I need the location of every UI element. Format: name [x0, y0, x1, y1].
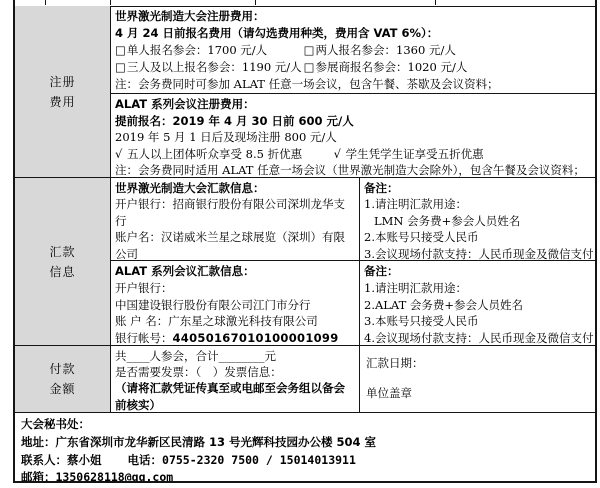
secretariat-title: 大会秘书处： — [21, 416, 591, 433]
section-title: ALAT 系列会议注册费用： — [115, 96, 591, 113]
fee-deadline-note: 4 月 24 日前报名费用（请勾选费用种类，费用含 VAT 6%）： — [115, 25, 591, 42]
bank-line: 开户银行：招商银行股份有限公司深圳龙华支行 — [115, 196, 355, 229]
cell-world-remittance-notes: 备注： 1.请注明汇款用途： LMN 会务费+参会人员姓名 2.本账号只接受人民… — [360, 178, 595, 261]
note-item: 1.请注明汇款用途： — [364, 280, 591, 297]
discount-label: 学生凭学生证享受五折优惠 — [346, 147, 484, 161]
note-item: 3.会议现场付款支持：人民币现金及微信支付 — [364, 246, 591, 261]
invoice-needed-blank: 是否需要发票：（ ）发票信息： — [115, 364, 355, 380]
cell-world-remittance: 世界激光制造大会汇款信息： 开户银行：招商银行股份有限公司深圳龙华支行 账户名：… — [111, 178, 360, 261]
account-number-label: 银行帐号： — [115, 331, 173, 345]
account-name-line: 账 户 名：广东星之球激光科技有限公司 — [115, 313, 355, 330]
fee-note: 注：会务费同时可参加 ALAT 任意一场会议，包含午餐、茶歇及会议资料； — [115, 76, 591, 93]
row-header-remittance-info: 汇款 信息 — [15, 178, 111, 346]
fee-note: 注：会务费同时适用 ALAT 任意一场会议（世界激光制造大会除外），包含午餐及会… — [115, 162, 591, 178]
header-label: 信息 — [49, 262, 75, 282]
fee-option-label: 参展商报名参会：1020 元/人 — [316, 60, 468, 74]
checkbox-icon[interactable]: □ — [115, 59, 126, 76]
check-icon: √ — [115, 146, 122, 163]
bank-account-number: 44050167010100001099 — [173, 331, 339, 345]
fee-option-label: 单人报名参会：1700 元/人 — [127, 43, 267, 57]
cell-divider — [435, 0, 436, 5]
fee-option: □单人报名参会：1700 元/人 — [115, 42, 300, 59]
bank-line: 中国建设银行股份有限公司江门市分行 — [115, 297, 355, 314]
discount-label: 五人以上团体听众享受 8.5 折优惠 — [127, 147, 302, 161]
fee-option: □参展商报名参会：1020 元/人 — [304, 60, 468, 74]
check-icon: √ — [334, 146, 341, 163]
cell-world-congress-fees: 世界激光制造大会注册费用： 4 月 24 日前报名费用（请勾选费用种类，费用含 … — [111, 6, 595, 94]
fee-option: □两人报名参会：1360 元/人 — [304, 43, 456, 57]
note-item: 4.会议现场付款支持：人民币现金及微信支付 — [364, 330, 591, 346]
note-item: 1.请注明汇款用途： — [364, 196, 591, 212]
cell-divider — [255, 0, 256, 5]
cell-alat-remittance-notes: 备注： 1.请注明汇款用途： 2.ALAT 会务费+参会人员姓名 3.本账号只接… — [360, 261, 595, 346]
secretariat-contact-line: 联系人：蔡小姐 电话：0755-2320 7500 / 15014013911 — [21, 452, 591, 469]
fee-option: □三人及以上报名参会：1190 元/人 — [115, 59, 300, 76]
early-fee: 提前报名：2019 年 4 月 30 日前 600 元/人 — [115, 113, 591, 130]
attendee-count-blank: 共____人参会，合计________元 — [115, 348, 355, 364]
fee-option-line: □单人报名参会：1700 元/人 □两人报名参会：1360 元/人 — [115, 42, 591, 59]
row-header-payment-amount: 付款 金额 — [15, 346, 111, 413]
secretariat-section: 大会秘书处： 地址：广东省深圳市龙华新区民清路 13 号光辉科技园办公楼 504… — [15, 413, 595, 481]
discount-item: √ 学生凭学生证享受五折优惠 — [334, 147, 484, 161]
account-name-line: 账户名：汉诺威米兰星之球展览（深圳）有限公司 — [115, 229, 355, 261]
cell-divider — [45, 0, 46, 5]
note-item: LMN 会务费+参会人员姓名 — [364, 213, 591, 229]
document-page: 注册 费用 汇款 信息 付款 金额 世界激光制造大会注册费用： 4 月 24 日… — [0, 0, 600, 488]
cell-alat-fees: ALAT 系列会议注册费用： 提前报名：2019 年 4 月 30 日前 600… — [111, 94, 595, 178]
registration-form-table: 注册 费用 汇款 信息 付款 金额 世界激光制造大会注册费用： 4 月 24 日… — [13, 0, 597, 483]
note-item: 2.ALAT 会务费+参会人员姓名 — [364, 297, 591, 314]
note-item: 2.本账号只接受人民币 — [364, 229, 591, 245]
note-item: 3.本账号只接受人民币 — [364, 313, 591, 330]
section-title: 世界激光制造大会汇款信息： — [115, 180, 355, 196]
fax-instruction: （请将汇款凭证传真至或电邮至会务组以备会前核实） — [115, 380, 355, 412]
checkbox-icon[interactable]: □ — [304, 42, 315, 59]
cell-payment-stamp: 汇款日期： 单位盖章 — [360, 346, 595, 413]
phone-label: 电话： — [128, 453, 163, 467]
secretariat-email-line: 邮箱：1350628118@qq.com — [21, 469, 591, 481]
section-title: 世界激光制造大会注册费用： — [115, 8, 591, 25]
section-title: ALAT 系列会议汇款信息： — [115, 263, 355, 280]
remit-date-label: 汇款日期： — [366, 355, 591, 372]
bank-label-line: 开户银行： — [115, 280, 355, 297]
email-address: 1350628118@qq.com — [56, 470, 174, 481]
company-stamp-label: 单位盖章 — [366, 385, 591, 402]
late-fee: 2019 年 5 月 1 日后及现场注册 800 元/人 — [115, 129, 591, 146]
header-label: 注册 — [49, 72, 75, 92]
row-header-registration-fee: 注册 费用 — [15, 6, 111, 178]
header-label: 付款 — [49, 359, 75, 379]
checkbox-icon[interactable]: □ — [304, 59, 315, 76]
header-label: 费用 — [49, 92, 75, 112]
header-label: 金额 — [49, 379, 75, 399]
fee-option-label: 三人及以上报名参会：1190 元/人 — [127, 60, 302, 74]
notes-title: 备注： — [364, 180, 591, 196]
secretariat-address: 地址：广东省深圳市龙华新区民清路 13 号光辉科技园办公楼 504 室 — [21, 434, 591, 451]
email-label: 邮箱： — [21, 470, 56, 481]
contact-person: 联系人：蔡小姐 — [21, 453, 102, 467]
header-label: 汇款 — [49, 242, 75, 262]
discount-item: √ 五人以上团体听众享受 8.5 折优惠 — [115, 146, 330, 163]
fee-option-label: 两人报名参会：1360 元/人 — [316, 43, 456, 57]
checkbox-icon[interactable]: □ — [115, 42, 126, 59]
cell-divider — [110, 0, 111, 5]
fee-option-line: □三人及以上报名参会：1190 元/人 □参展商报名参会：1020 元/人 — [115, 59, 591, 76]
cell-alat-remittance: ALAT 系列会议汇款信息： 开户银行： 中国建设银行股份有限公司江门市分行 账… — [111, 261, 360, 346]
account-number-line: 银行帐号：44050167010100001099 — [115, 330, 355, 346]
notes-title: 备注： — [364, 263, 591, 280]
phone-number: 0755-2320 7500 / 15014013911 — [162, 453, 356, 467]
discount-line: √ 五人以上团体听众享受 8.5 折优惠 √ 学生凭学生证享受五折优惠 — [115, 146, 591, 163]
cell-payment-amount: 共____人参会，合计________元 是否需要发票：（ ）发票信息： （请将… — [111, 346, 360, 413]
